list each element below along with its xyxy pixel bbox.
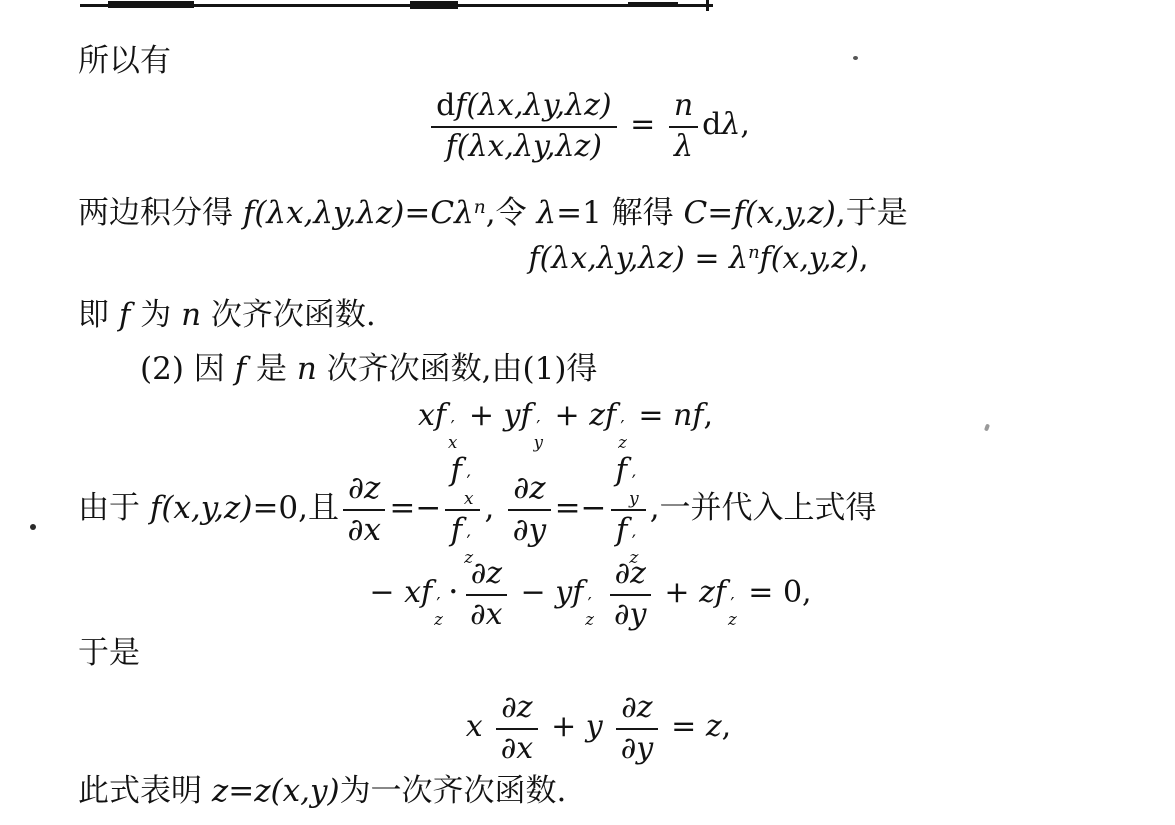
text-token	[483, 709, 493, 744]
text-token: ,于是	[836, 195, 908, 231]
text-token: ,令	[486, 195, 537, 231]
text-token	[596, 575, 606, 610]
prime-sub-stack: ′z	[618, 420, 627, 451]
text-token: x	[418, 398, 435, 433]
text-token: f(x,y,z)	[760, 241, 859, 276]
fraction: ∂z∂x	[466, 556, 507, 632]
text-token: z(x,y)	[254, 773, 339, 809]
text-token: ,	[484, 490, 504, 526]
fraction: ∂z∂x	[343, 470, 385, 548]
equation-3: xf′x + yf′y + zf′z = nf,	[40, 397, 1091, 451]
text-token: f	[451, 512, 462, 548]
text-token: +	[542, 709, 586, 744]
line-yushi: 于是	[78, 634, 1129, 673]
text-token: ∂y	[614, 597, 646, 632]
fraction-numerator: ∂z	[466, 556, 507, 596]
text-token: 此式表明	[78, 773, 212, 809]
scanned-textbook-page: 所以有df(λx,λy,λz)f(λx,λy,λz) = nλdλ,两边积分得 …	[0, 0, 1175, 825]
text-token: f(λx,λy,λz)	[446, 129, 602, 164]
text-token: f(λx,λy,λz)	[243, 195, 405, 231]
text-token: z	[589, 398, 605, 433]
scan-artifact-top-bar-thick	[628, 2, 678, 7]
text-token: λ	[729, 241, 748, 276]
line-integrate: 两边积分得 f(λx,λy,λz)=Cλn,令 λ=1 解得 C=f(x,y,z…	[78, 194, 1129, 233]
text-token: 即	[78, 297, 119, 333]
text-token: f	[450, 452, 461, 488]
line-suoyiyou: 所以有	[78, 42, 1129, 81]
text-token: +	[545, 398, 589, 433]
text-token: =1	[556, 195, 612, 231]
text-token: ,	[859, 241, 869, 276]
text-token: 为	[130, 297, 181, 333]
fraction: ∂z∂y	[616, 690, 657, 766]
text-token: 两边积分得	[78, 195, 243, 231]
text-token: 为一次齐次函数.	[340, 773, 567, 809]
text-token: f(x,y,z)	[733, 195, 836, 231]
text-token: f(λx,λy,λz)	[455, 88, 611, 123]
text-token: •	[445, 583, 462, 601]
text-token: ,且	[298, 490, 339, 526]
text-token: ∂x	[347, 512, 381, 548]
subscript: z	[434, 612, 443, 628]
scan-artifact-top-bar-thick	[410, 1, 458, 9]
text-token: f	[521, 398, 532, 433]
scan-artifact-tick	[706, 0, 709, 11]
text-token: = 0,	[739, 575, 812, 610]
equation-5: x ∂z∂x + y ∂z∂y = z,	[73, 690, 1124, 766]
fraction: nλ	[669, 88, 698, 164]
text-token: +	[459, 398, 503, 433]
prime-subscript-term: f′z	[572, 574, 596, 628]
fraction: df(λx,λy,λz)f(λx,λy,λz)	[431, 88, 617, 164]
text-token: n	[181, 297, 201, 333]
text-token: f	[572, 575, 583, 610]
subscript: z	[618, 435, 627, 451]
text-token: y	[504, 398, 521, 433]
fraction-numerator: ∂z	[496, 690, 537, 730]
text-token: y	[586, 709, 603, 744]
text-token: −	[369, 575, 404, 610]
text-token: 解得	[612, 195, 684, 231]
text-token: ,一并代入上式得	[650, 490, 877, 526]
prime-subscript-term: f′x	[435, 397, 459, 451]
text-token: n	[674, 88, 693, 123]
prime-subscript-term: f′y	[616, 453, 641, 507]
fraction-numerator: f′y	[611, 452, 646, 511]
text-token: =	[707, 195, 733, 231]
text-token: (2) 因	[140, 351, 235, 387]
fraction-numerator: ∂z	[508, 470, 550, 511]
subscript: x	[448, 435, 457, 451]
equation-2: f(λx,λy,λz) = λnf(x,y,z),	[173, 240, 1175, 278]
fraction-denominator: λ	[669, 128, 698, 165]
fraction: f′xf′z	[445, 452, 480, 567]
prime-sub-stack: ′z	[434, 597, 443, 628]
subscript: z	[728, 612, 737, 628]
text-token: f	[235, 351, 246, 387]
prime-sub-stack: ′z	[585, 597, 594, 628]
fraction-numerator: df(λx,λy,λz)	[431, 88, 617, 128]
text-token: +	[655, 575, 699, 610]
text-token: z	[706, 709, 722, 744]
prime-subscript-term: f′z	[715, 574, 739, 628]
text-token	[603, 709, 613, 744]
text-token: ∂z	[615, 556, 646, 591]
fraction: ∂z∂y	[508, 470, 550, 548]
text-token: f	[616, 452, 627, 488]
text-token: ∂y	[621, 731, 653, 766]
text-token: ∂z	[513, 470, 545, 506]
text-token: ,	[703, 398, 713, 433]
text-token: ,	[722, 709, 732, 744]
equation-1: df(λx,λy,λz)f(λx,λy,λz) = nλdλ,	[63, 88, 1114, 164]
fraction-denominator: ∂y	[508, 511, 550, 549]
text-token: nf	[673, 398, 703, 433]
prime-subscript-term: f′x	[450, 453, 475, 507]
scan-artifact-top-bar-thick	[108, 1, 194, 8]
text-token: n	[474, 197, 486, 218]
text-token: =−	[555, 490, 607, 526]
text-token: x	[404, 575, 421, 610]
text-token: d	[702, 107, 721, 142]
text-token: −	[511, 575, 555, 610]
text-token: n	[297, 351, 317, 387]
line-youyu: 由于 f(x,y,z)=0,且∂z∂x=−f′xf′z, ∂z∂y=−f′yf′…	[78, 452, 1129, 567]
subscript: y	[629, 491, 639, 507]
line-part2: (2) 因 f 是 n 次齐次函数,由(1)得	[140, 350, 1129, 389]
text-token: z	[699, 575, 715, 610]
text-token: ∂z	[471, 556, 502, 591]
text-token: =	[621, 107, 665, 142]
text-token: f	[421, 575, 432, 610]
line-ji-f: 即 f 为 n 次齐次函数.	[78, 296, 1129, 335]
text-token: f	[435, 398, 446, 433]
text-token: f	[715, 575, 726, 610]
text-token: ,	[740, 107, 750, 142]
text-token: =	[404, 195, 430, 231]
fraction-denominator: ∂x	[343, 511, 385, 549]
subscript: z	[585, 612, 594, 628]
text-token: ∂z	[621, 690, 652, 725]
fraction-numerator: n	[669, 88, 698, 128]
text-token: =0	[252, 490, 298, 526]
text-token: n	[748, 242, 760, 263]
line-conclusion: 此式表明 z=z(x,y)为一次齐次函数.	[78, 772, 1129, 811]
text-token: f(λx,λy,λz)	[529, 241, 685, 276]
text-token: f	[119, 297, 130, 333]
equation-4: − xf′z•∂z∂x − yf′z ∂z∂y + zf′z = 0,	[65, 556, 1116, 632]
fraction-numerator: ∂z	[610, 556, 651, 596]
text-token: 是	[246, 351, 297, 387]
prime-sub-stack: ′y	[629, 475, 639, 507]
text-token: 由于	[78, 490, 150, 526]
text-token: =	[685, 241, 729, 276]
text-token: d	[436, 88, 455, 123]
scan-artifact-dot	[30, 524, 36, 530]
subscript: y	[534, 435, 543, 451]
fraction: f′yf′z	[611, 452, 646, 567]
prime-subscript-term: f′z	[421, 574, 445, 628]
fraction-denominator: ∂x	[496, 730, 537, 767]
text-token: ∂x	[470, 597, 502, 632]
text-token: 于是	[78, 635, 140, 671]
text-token: f	[605, 398, 616, 433]
prime-sub-stack: ′z	[728, 597, 737, 628]
text-token: x	[466, 709, 483, 744]
fraction-denominator: ∂y	[616, 730, 657, 767]
text-token: y	[555, 575, 572, 610]
prime-sub-stack: ′x	[464, 475, 474, 507]
text-token: ∂y	[513, 512, 547, 548]
fraction-denominator: ∂y	[610, 596, 651, 633]
fraction-denominator: ∂x	[466, 596, 507, 633]
prime-subscript-term: f′y	[521, 397, 545, 451]
text-token: f(x,y,z)	[150, 490, 253, 526]
text-token: ∂x	[501, 731, 533, 766]
text-token: ∂z	[501, 690, 532, 725]
text-token: λ	[721, 107, 740, 142]
prime-subscript-term: f′z	[605, 397, 629, 451]
text-token: ∂z	[348, 470, 380, 506]
fraction-numerator: ∂z	[616, 690, 657, 730]
text-token: =	[662, 709, 706, 744]
prime-sub-stack: ′y	[534, 420, 543, 451]
text-token: λ	[536, 195, 556, 231]
text-token: λ	[674, 129, 693, 164]
fraction: ∂z∂y	[610, 556, 651, 632]
prime-sub-stack: ′x	[448, 420, 457, 451]
text-token: 次齐次函数.	[201, 297, 376, 333]
text-token: C	[684, 195, 708, 231]
fraction: ∂z∂x	[496, 690, 537, 766]
text-token: z	[212, 773, 228, 809]
text-token: 所以有	[78, 43, 171, 79]
text-token: =	[228, 773, 254, 809]
text-token: f	[616, 512, 627, 548]
text-token: =−	[389, 490, 441, 526]
fraction-numerator: f′x	[445, 452, 480, 511]
subscript: x	[464, 491, 474, 507]
fraction-numerator: ∂z	[343, 470, 385, 511]
fraction-denominator: f(λx,λy,λz)	[431, 128, 617, 165]
text-token: =	[629, 398, 673, 433]
text-token: 次齐次函数,由(1)得	[317, 351, 598, 387]
text-token: Cλ	[430, 195, 473, 231]
